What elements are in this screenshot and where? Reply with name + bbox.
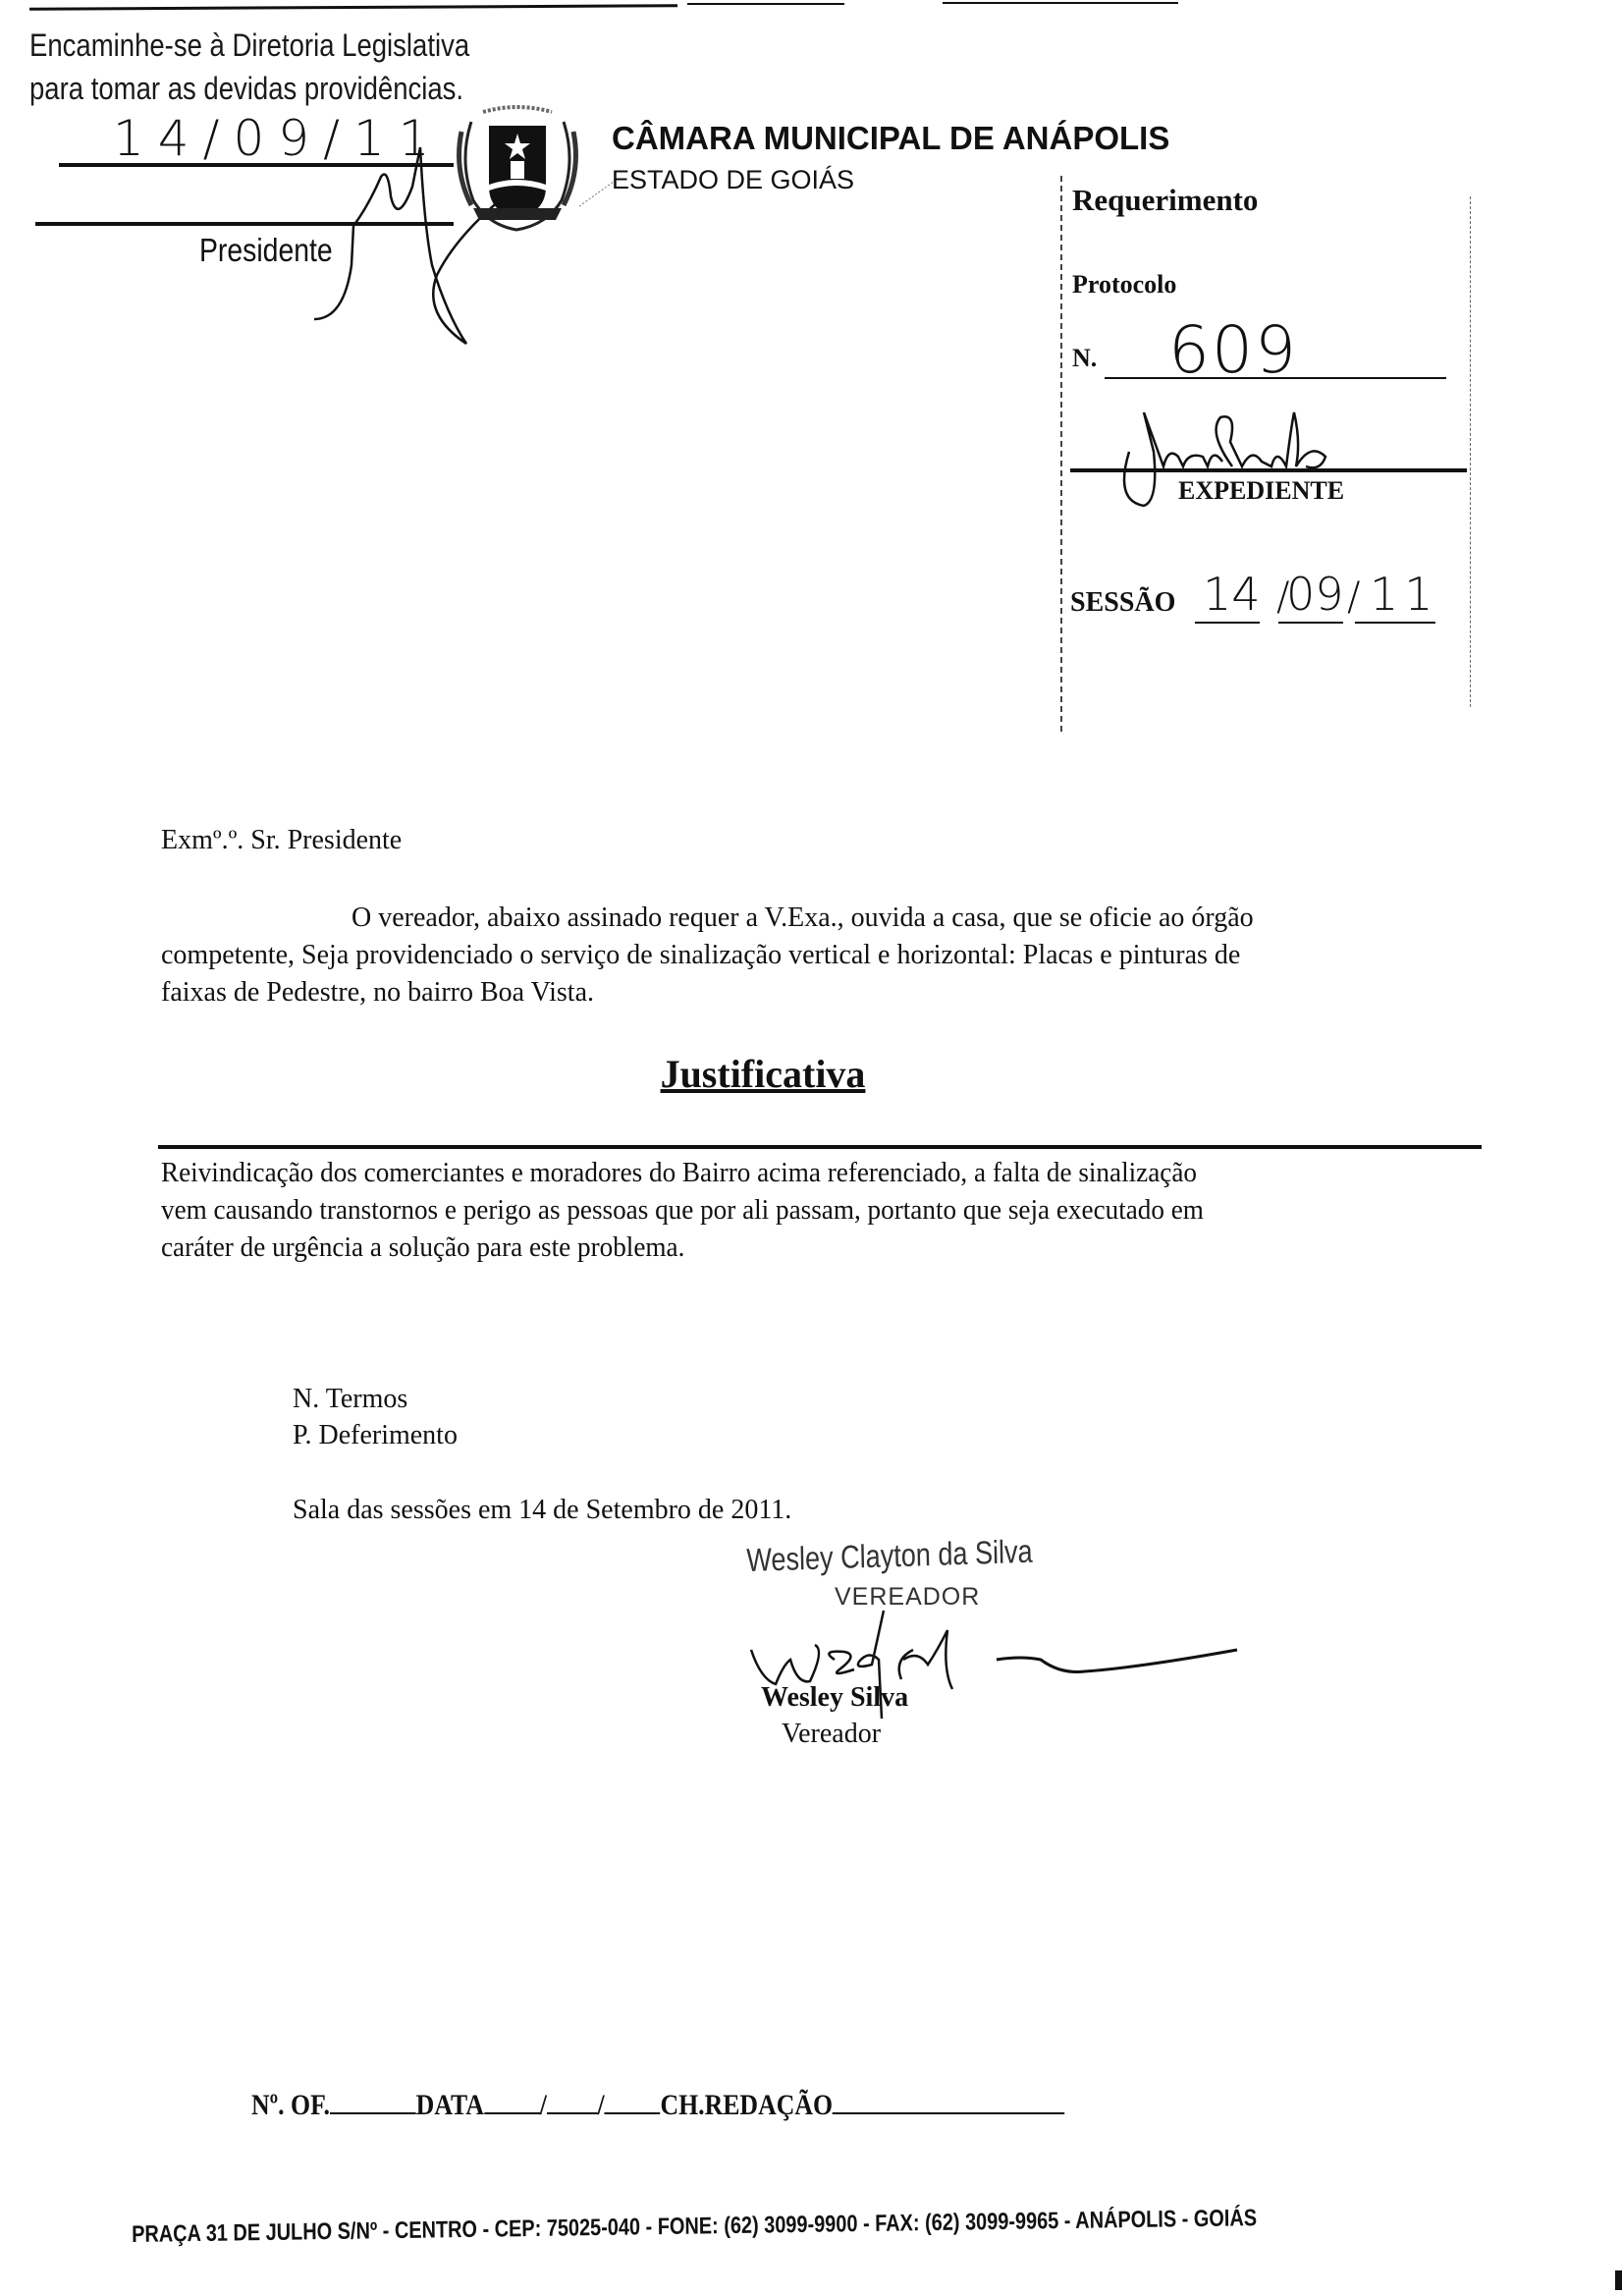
office-number-label: Nº. OF.	[251, 2089, 330, 2121]
form-date-day-field[interactable]	[484, 2089, 540, 2114]
justification-rule	[158, 1145, 1482, 1149]
dispatch-stamp-line-2: para tomar as devidas providências.	[29, 71, 463, 107]
justification-title: Justificativa	[0, 1051, 1526, 1097]
scan-artifact-line	[579, 177, 619, 216]
protocol-number-label: N.	[1072, 344, 1097, 373]
salutation: Exmº.º. Sr. Presidente	[161, 825, 402, 856]
protocol-number-value[interactable]: 609	[1168, 312, 1298, 388]
institution-state: ESTADO DE GOIÁS	[612, 165, 854, 195]
justification-line: caráter de urgência a solução para este …	[161, 1230, 1204, 1267]
office-number-field[interactable]	[330, 2089, 416, 2114]
session-day-line	[1195, 622, 1260, 624]
form-date-month-field[interactable]	[547, 2089, 598, 2114]
form-date-label: DATA	[416, 2089, 484, 2121]
form-date-year-field[interactable]	[605, 2089, 661, 2114]
office-form-row: Nº. OF.DATA//CH.REDAÇÃO	[251, 2089, 1065, 2122]
session-label: SESSÃO	[1070, 587, 1175, 619]
form-date-separator: /	[598, 2089, 605, 2121]
session-month-line	[1278, 622, 1343, 624]
protocol-box-title: Requerimento	[1072, 183, 1258, 218]
closing-terms: N. Termos	[293, 1384, 407, 1415]
signer-name: Wesley Silva	[761, 1682, 908, 1714]
footer-address: PRAÇA 31 DE JULHO S/Nº - CENTRO - CEP: 7…	[132, 2205, 1257, 2249]
protocol-box-left-border	[1060, 176, 1062, 732]
request-line: faixas de Pedestre, no bairro Boa Vista.	[161, 974, 1254, 1011]
top-edge-line	[29, 4, 677, 10]
session-year[interactable]: 11	[1370, 568, 1439, 621]
redaction-label: CH.REDAÇÃO	[660, 2089, 833, 2121]
justification-line: Reivindicação dos comerciantes e morador…	[161, 1155, 1204, 1192]
scan-edge-mark	[1615, 2270, 1622, 2290]
session-year-line	[1355, 622, 1435, 624]
request-line: O vereador, abaixo assinado requer a V.E…	[161, 900, 1254, 937]
form-date-separator: /	[540, 2089, 547, 2121]
protocol-label: Protocolo	[1072, 270, 1176, 300]
expediente-label: EXPEDIENTE	[1178, 476, 1344, 506]
signer-role: Vereador	[782, 1719, 881, 1750]
protocol-box-right-border	[1470, 196, 1471, 707]
session-slash-2: /	[1347, 574, 1360, 620]
session-day[interactable]: 14	[1203, 568, 1261, 621]
coat-of-arms-emblem-icon	[454, 102, 581, 234]
top-edge-line	[687, 3, 844, 5]
signature-stamp-name: Wesley Clayton da Silva	[746, 1533, 1033, 1579]
request-line: competente, Seja providenciado o serviço…	[161, 937, 1254, 974]
top-edge-line	[943, 2, 1178, 4]
redaction-field[interactable]	[833, 2089, 1065, 2114]
justification-line: vem causando transtornos e perigo as pes…	[161, 1192, 1204, 1230]
closing-date: Sala das sessões em 14 de Setembro de 20…	[293, 1495, 791, 1526]
justification-paragraph: Reivindicação dos comerciantes e morador…	[161, 1155, 1204, 1267]
dispatch-stamp-line-1: Encaminhe-se à Diretoria Legislativa	[29, 27, 469, 64]
request-paragraph: O vereador, abaixo assinado requer a V.E…	[161, 900, 1254, 1011]
institution-name: CÂMARA MUNICIPAL DE ANÁPOLIS	[612, 120, 1169, 157]
closing-request: P. Deferimento	[293, 1420, 458, 1451]
session-month[interactable]: 09	[1286, 568, 1344, 621]
